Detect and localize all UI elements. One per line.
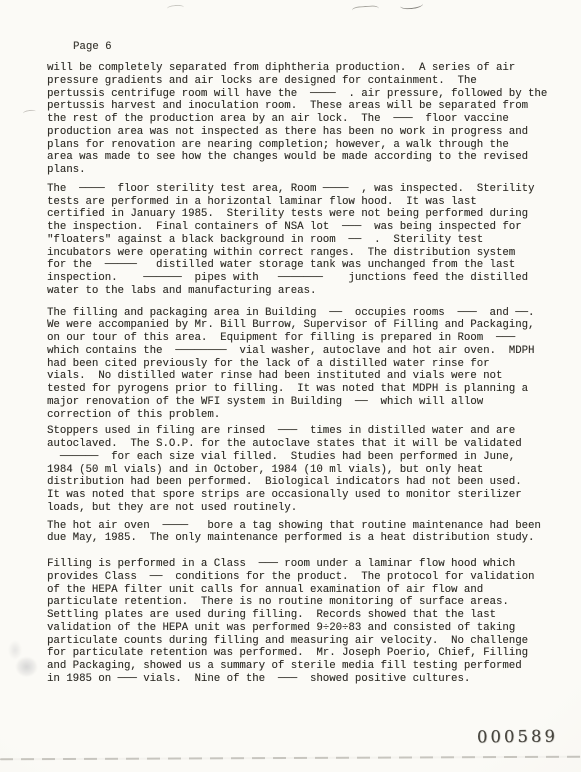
scan-edge-line: [0, 756, 581, 761]
paragraph-filling-packaging-area: The filling and packaging area in Buildi…: [47, 307, 547, 422]
paragraph-stoppers-autoclave: Stoppers used in filing are rinsed ─── t…: [47, 425, 547, 514]
pencil-mark: [167, 4, 184, 11]
pencil-mark: [400, 0, 424, 10]
document-page: Page 6 will be completely separated from…: [0, 0, 581, 772]
page-stamp-number: 000589: [477, 727, 558, 747]
paragraph-class-room-hepa: Filling is performed in a Class ─── room…: [47, 558, 547, 686]
pencil-mark: [352, 5, 379, 14]
page-number-label: Page 6: [73, 41, 111, 54]
paragraph-hot-air-oven: The hot air oven ──── bore a tag showing…: [47, 520, 547, 546]
document-body: will be completely separated from diphth…: [47, 62, 547, 686]
pencil-mark: [23, 109, 37, 116]
ink-smudge: [5, 636, 41, 680]
paragraph-sterility-test-area: The ──── floor sterility test area, Room…: [47, 183, 547, 298]
paragraph-separation-airlocks: will be completely separated from diphth…: [47, 62, 547, 177]
